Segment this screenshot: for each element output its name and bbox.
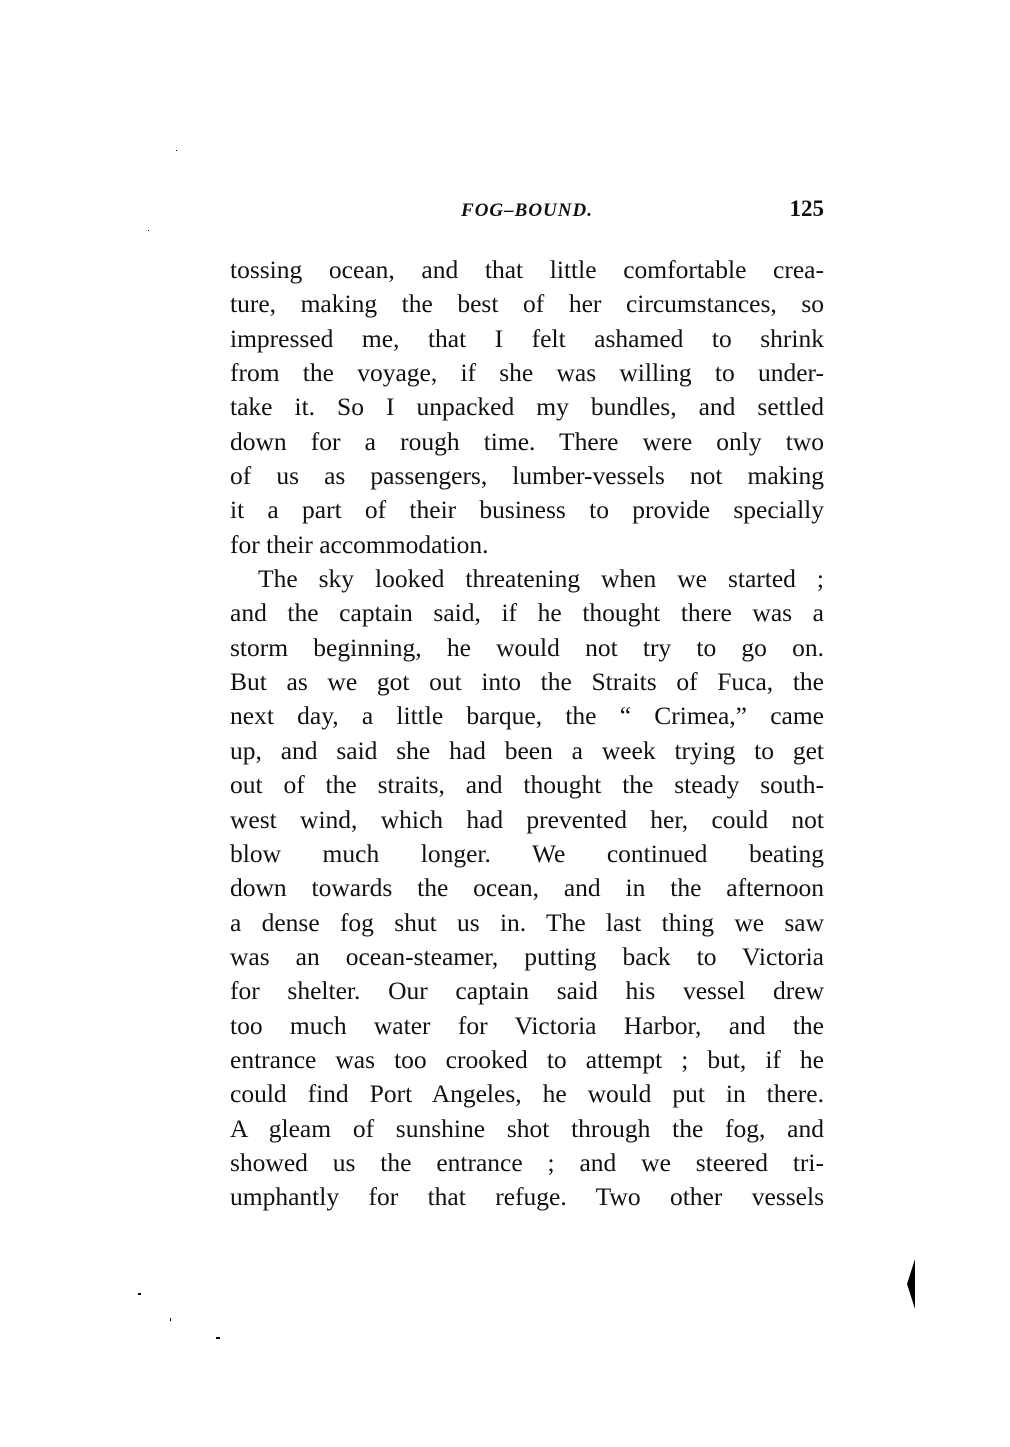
running-head: FOG–BOUND. 125 [230, 196, 824, 226]
text-line: storm beginning, he would not try to go … [230, 631, 824, 665]
text-line: and the captain said, if he thought ther… [230, 596, 824, 630]
text-line: for shelter. Our captain said his vessel… [230, 974, 824, 1008]
scan-speck [170, 1318, 171, 1321]
text-line: take it. So I unpacked my bundles, and s… [230, 390, 824, 424]
text-line: a dense fog shut us in. The last thing w… [230, 906, 824, 940]
text-line: out of the straits, and thought the stea… [230, 768, 824, 802]
text-line: The sky looked threatening when we start… [230, 562, 824, 596]
text-line: tossing ocean, and that little comfortab… [230, 253, 824, 287]
page-number: 125 [790, 196, 825, 222]
scan-speck [148, 230, 149, 231]
text-line: next day, a little barque, the “ Crimea,… [230, 699, 824, 733]
scan-speck [138, 1293, 141, 1295]
text-line: up, and said she had been a week trying … [230, 734, 824, 768]
text-line: of us as passengers, lumber-vessels not … [230, 459, 824, 493]
text-line: from the voyage, if she was willing to u… [230, 356, 824, 390]
text-line: A gleam of sunshine shot through the fog… [230, 1112, 824, 1146]
text-line: for their accommodation. [230, 528, 824, 562]
body-text: tossing ocean, and that little comfortab… [230, 253, 824, 1215]
text-line: west wind, which had prevented her, coul… [230, 803, 824, 837]
text-line: impressed me, that I felt ashamed to shr… [230, 322, 824, 356]
book-page: FOG–BOUND. 125 tossing ocean, and that l… [0, 0, 1010, 1447]
text-line: could find Port Angeles, he would put in… [230, 1077, 824, 1111]
text-line: blow much longer. We continued beating [230, 837, 824, 871]
scan-margin-mark [907, 1259, 915, 1309]
text-line: entrance was too crooked to attempt ; bu… [230, 1043, 824, 1077]
text-line: it a part of their business to provide s… [230, 493, 824, 527]
text-line: umphantly for that refuge. Two other ves… [230, 1180, 824, 1214]
text-line: down towards the ocean, and in the after… [230, 871, 824, 905]
text-line: showed us the entrance ; and we steered … [230, 1146, 824, 1180]
scan-speck [216, 1337, 220, 1339]
text-line: ture, making the best of her circumstanc… [230, 287, 824, 321]
text-line: too much water for Victoria Harbor, and … [230, 1009, 824, 1043]
running-title: FOG–BOUND. [230, 200, 824, 222]
text-line: down for a rough time. There were only t… [230, 425, 824, 459]
scan-speck [176, 150, 177, 151]
text-line: But as we got out into the Straits of Fu… [230, 665, 824, 699]
text-line: was an ocean-steamer, putting back to Vi… [230, 940, 824, 974]
